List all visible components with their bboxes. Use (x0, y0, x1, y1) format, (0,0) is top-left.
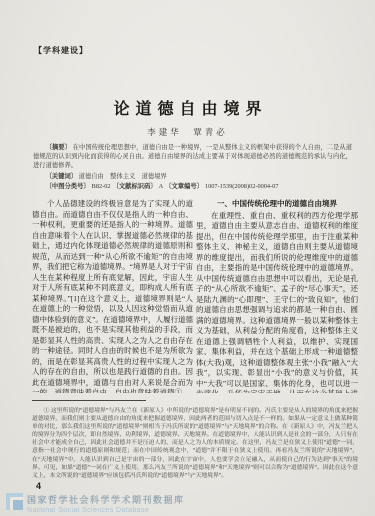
footnote-divider (32, 400, 146, 401)
article-authors: 李建华 覃青必 (0, 126, 375, 138)
database-logo-icon (6, 493, 23, 510)
body-left-column: 个人品德建设的终极旨意是为了实现人的道德自由。而道德自由不仅仅是指人的一种自由、… (32, 199, 193, 393)
abstract-block: 〔摘要〕 在中国传统伦理思想中，道德自由是一种境界，一是从整体主义的框架中获得的… (33, 143, 352, 192)
watermark-chinese: 国家哲学社会科学学术期刊数据库 (27, 493, 185, 506)
section-heading: 一、中国传统伦理中的道德自由境界 (196, 199, 358, 210)
right-column-paragraph: 在重理性、重自由、重权利的西方伦理学那里，道德自由主要从意志自由、道德权利的维度… (196, 211, 358, 394)
database-watermark: 国家哲学社会科学学术期刊数据库 National Social Sciences… (6, 493, 185, 514)
abstract-text: 在中国传统伦理思想中，道德自由是一种境界，一是从整体主义的框架中获得的个人自由，… (33, 144, 352, 169)
scanned-journal-page: 【学科建设】 论道德自由境界 李建华 覃青必 〔摘要〕 在中国传统伦理思想中，道… (0, 0, 375, 516)
meta-line: 〔中图分类号〕B82-02〔文献标识码〕A〔文章编号〕1007-1539(200… (33, 182, 352, 191)
article-title: 论道德自由境界 (0, 96, 375, 119)
left-column-paragraph: 个人品德建设的终极旨意是为了实现人的道德自由。而道德自由不仅仅是指人的一种自由、… (32, 199, 193, 393)
keywords-label: 〔关键词〕 (46, 173, 77, 180)
clc-label: 〔中图分类号〕 (46, 183, 90, 190)
article-id-label: 〔文章编号〕 (165, 183, 203, 190)
keywords-text: 道德自由 整体主义 道德境界 (79, 173, 167, 180)
abstract-label: 〔摘要〕 (46, 144, 71, 151)
doc-code-label: 〔文献标识码〕 (113, 183, 157, 190)
watermark-english: National Social Sciences Database (27, 507, 185, 514)
page-number: 4 (36, 481, 41, 491)
watermark-texts: 国家哲学社会科学学术期刊数据库 National Social Sciences… (27, 493, 185, 514)
footnote-text: ① 这里所说的“道德境界”与冯友兰在《新原人》中所说的“道德境界”是有明显不同的… (32, 407, 358, 479)
section-tag: 【学科建设】 (34, 45, 88, 56)
body-right-column: 一、中国传统伦理中的道德自由境界 在重理性、重自由、重权利的西方伦理学那里，道德… (196, 199, 358, 393)
abstract-paragraph: 〔摘要〕 在中国传统伦理思想中，道德自由是一种境界，一是从整体主义的框架中获得的… (33, 143, 352, 171)
article-id: 1007-1539(2008)02-0004-07 (205, 183, 278, 190)
clc-number: B82-02 (92, 183, 111, 190)
keywords-line: 〔关键词〕 道德自由 整体主义 道德境界 (33, 172, 352, 181)
doc-code: A (159, 183, 164, 190)
